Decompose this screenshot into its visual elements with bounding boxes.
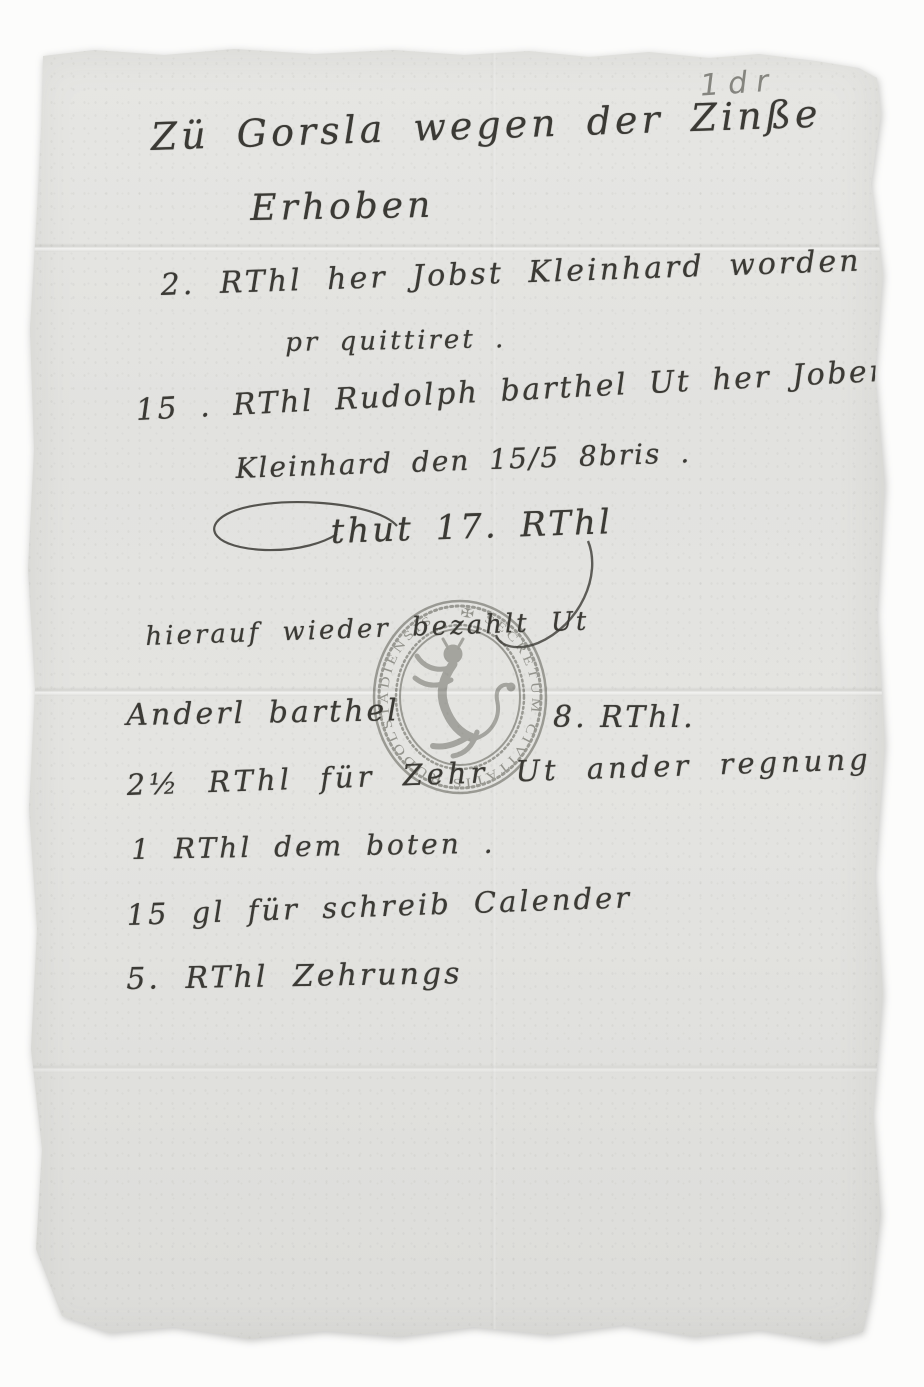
- manuscript-line-9: Anderl barthel: [126, 693, 400, 733]
- manuscript-line-11: 1 RThl dem boten .: [131, 827, 496, 866]
- flourish-swash: [460, 535, 610, 660]
- fold-crease-horizontal: [24, 1064, 886, 1073]
- paper-sheet-wrapper: 1dr ✠ SECRETUM CIVITATIS RUDOLSTADIENSIS: [24, 44, 886, 1346]
- manuscript-line-2: Erhoben: [250, 185, 435, 229]
- manuscript-line-1: Zü Gorsla wegen der Zinße: [150, 92, 822, 159]
- manuscript-line-5: 15 . RThl Rudolph barthel Ut her Joben: [135, 353, 892, 428]
- document-scan: 1dr ✠ SECRETUM CIVITATIS RUDOLSTADIENSIS: [0, 0, 924, 1387]
- manuscript-line-13: 5. RThl Zehrungs: [126, 956, 463, 997]
- manuscript-line-6: Kleinhard den 15/5 8bris .: [235, 436, 692, 485]
- manuscript-line-12: 15 gl für schreib Calender: [126, 880, 633, 932]
- paper-sheet: 1dr ✠ SECRETUM CIVITATIS RUDOLSTADIENSIS: [24, 44, 886, 1346]
- manuscript-line-3: 2. RThl her Jobst Kleinhard worden: [160, 244, 862, 303]
- manuscript-line-4: pr quittiret .: [285, 324, 507, 358]
- manuscript-line-9-amount: 8. RThl.: [553, 700, 696, 735]
